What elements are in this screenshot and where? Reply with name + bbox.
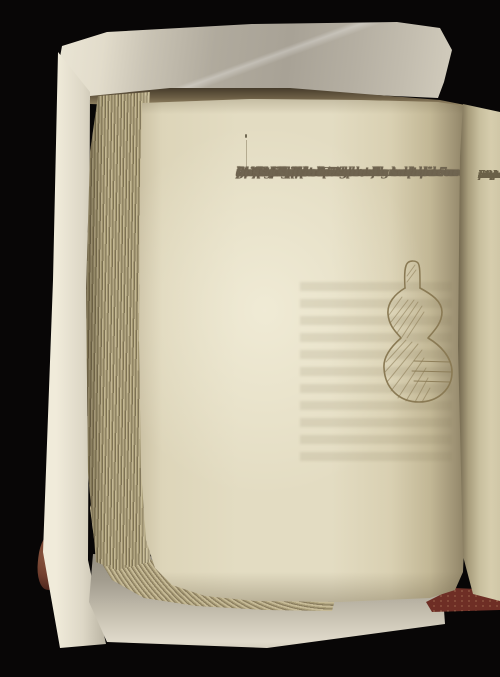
manuscript-photograph: et se la dicta neulla se uenesse amouere… xyxy=(0,0,500,677)
margin-speck xyxy=(245,134,247,138)
manuscript-text-line: possa spirare 7 questo sara lo me xyxy=(236,164,460,180)
flask-illustration xyxy=(372,250,472,412)
fragment-line: ra t xyxy=(478,168,498,183)
